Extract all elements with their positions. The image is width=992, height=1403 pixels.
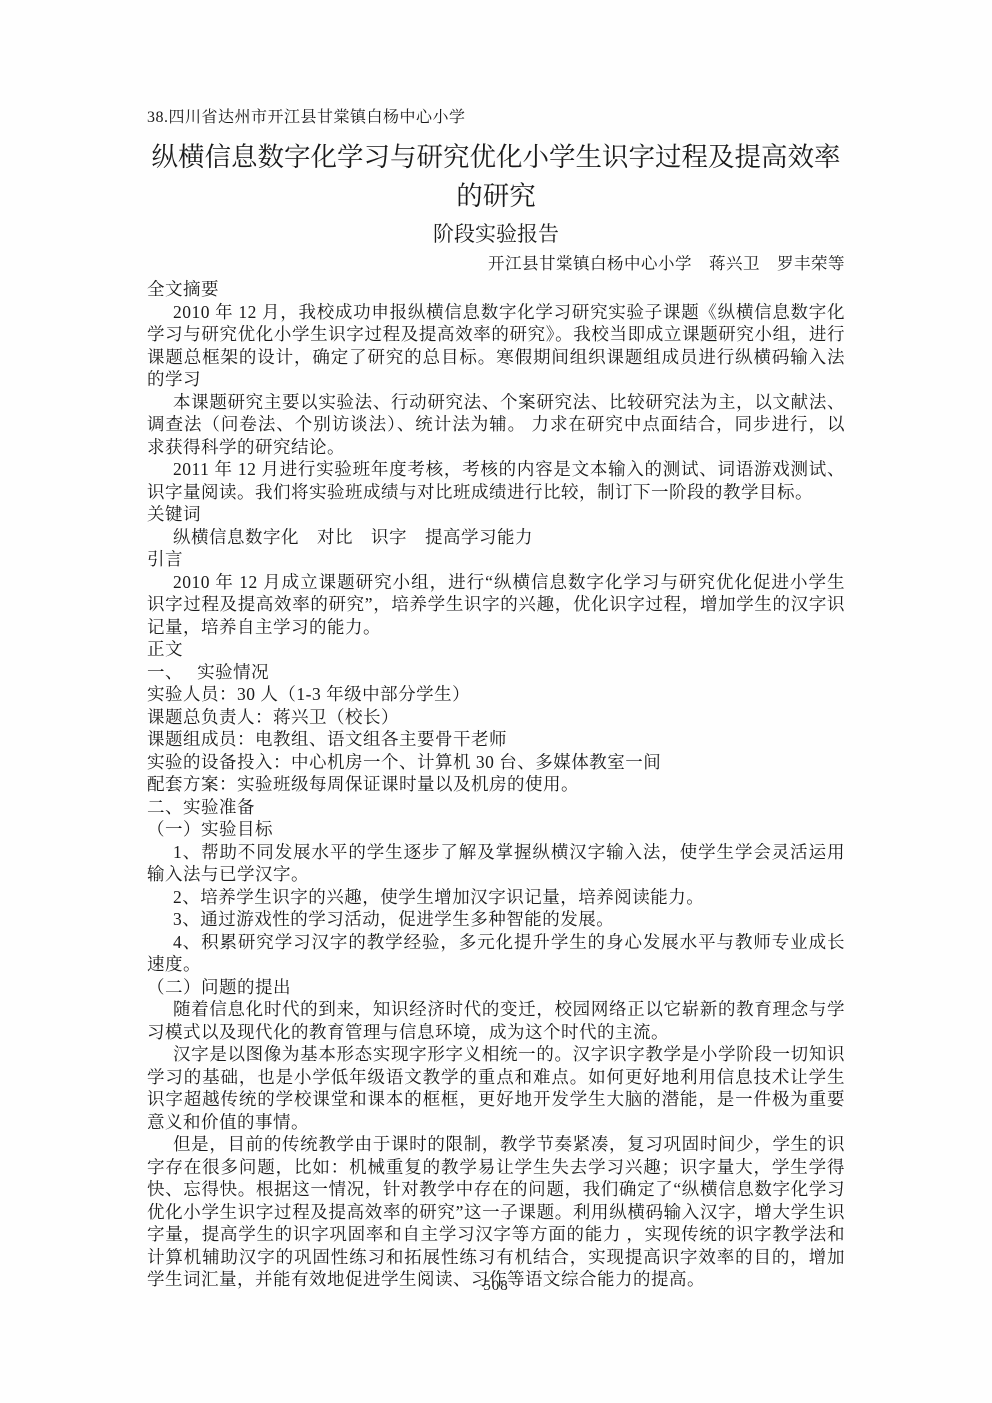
heading-line: 二、实验准备	[147, 796, 845, 819]
heading-line: 一、 实验情况	[147, 661, 845, 684]
paragraph: 3、通过游戏性的学习活动，促进学生多种智能的发展。	[147, 908, 845, 931]
document-byline: 开江县甘棠镇白杨中心小学 蒋兴卫 罗丰荣等	[147, 252, 845, 276]
heading-line: （一）实验目标	[147, 818, 845, 841]
document-subtitle: 阶段实验报告	[147, 218, 845, 250]
heading-line: 正文	[147, 638, 845, 661]
document-body: 全文摘要2010 年 12 月，我校成功申报纵横信息数字化学习研究实验子课题《纵…	[147, 278, 845, 1291]
heading-line: 课题总负责人：蒋兴卫（校长）	[147, 706, 845, 729]
paragraph: 2010 年 12 月，我校成功申报纵横信息数字化学习研究实验子课题《纵横信息数…	[147, 301, 845, 391]
heading-line: 全文摘要	[147, 278, 845, 301]
paragraph: 随着信息化时代的到来，知识经济时代的变迁，校园网络正以它崭新的教育理念与学习模式…	[147, 998, 845, 1043]
paragraph: 2011 年 12 月进行实验班年度考核，考核的内容是文本输入的测试、词语游戏测…	[147, 458, 845, 503]
heading-line: 引言	[147, 548, 845, 571]
paragraph: 纵横信息数字化 对比 识字 提高学习能力	[147, 526, 845, 549]
paragraph: 汉字是以图像为基本形态实现字形字义相统一的。汉字识字教学是小学阶段一切知识学习的…	[147, 1043, 845, 1133]
heading-line: 关键词	[147, 503, 845, 526]
heading-line: （二）问题的提出	[147, 976, 845, 999]
paragraph: 4、积累研究学习汉字的教学经验，多元化提升学生的身心发展水平与教师专业成长速度。	[147, 931, 845, 976]
document-title: 纵横信息数字化学习与研究优化小学生识字过程及提高效率的研究	[147, 138, 845, 216]
document-number-line: 38.四川省达州市开江县甘棠镇白杨中心小学	[147, 106, 845, 130]
paragraph: 但是，目前的传统教学由于课时的限制，教学节奏紧凑，复习巩固时间少，学生的识字存在…	[147, 1133, 845, 1291]
heading-line: 实验的设备投入：中心机房一个、计算机 30 台、多媒体教室一间	[147, 751, 845, 774]
page-number: 508	[0, 1276, 992, 1296]
paragraph: 2010 年 12 月成立课题研究小组，进行“纵横信息数字化学习与研究优化促进小…	[147, 571, 845, 639]
document-content: 38.四川省达州市开江县甘棠镇白杨中心小学 纵横信息数字化学习与研究优化小学生识…	[147, 0, 845, 1291]
heading-line: 配套方案：实验班级每周保证课时量以及机房的使用。	[147, 773, 845, 796]
document-page: 38.四川省达州市开江县甘棠镇白杨中心小学 纵横信息数字化学习与研究优化小学生识…	[0, 0, 992, 1403]
heading-line: 实验人员：30 人（1-3 年级中部分学生）	[147, 683, 845, 706]
paragraph: 2、培养学生识字的兴趣，使学生增加汉字识记量，培养阅读能力。	[147, 886, 845, 909]
heading-line: 课题组成员：电教组、语文组各主要骨干老师	[147, 728, 845, 751]
paragraph: 1、帮助不同发展水平的学生逐步了解及掌握纵横汉字输入法，使学生学会灵活运用输入法…	[147, 841, 845, 886]
paragraph: 本课题研究主要以实验法、行动研究法、个案研究法、比较研究法为主，以文献法、调查法…	[147, 391, 845, 459]
